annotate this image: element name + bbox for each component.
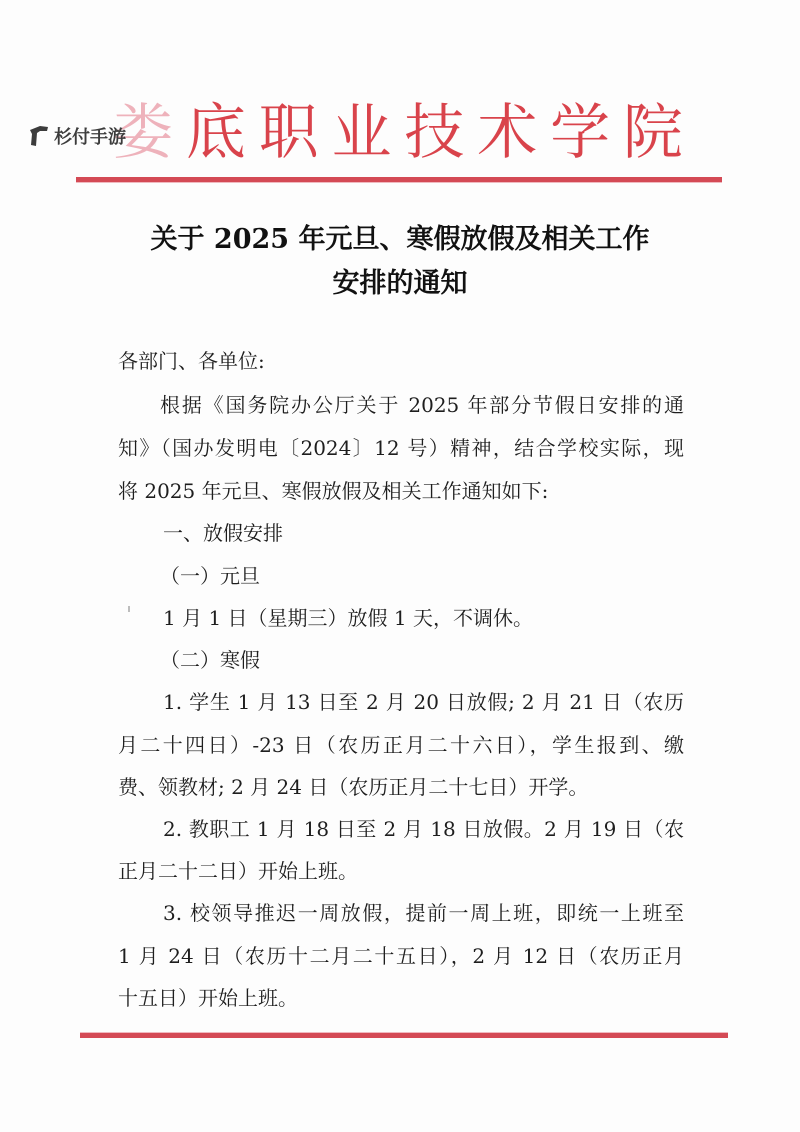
students-item-line-3: 费、领教材; 2 月 24 日（农历正月二十七日）开学。 [118, 773, 588, 801]
letterhead-divider [76, 177, 722, 183]
footer-divider [80, 1032, 728, 1038]
leaders-item-line-3: 十五日）开始上班。 [118, 984, 298, 1012]
letterhead-char: 术 [472, 98, 542, 168]
intro-line-3: 将 2025 年元旦、寒假放假及相关工作通知如下: [118, 477, 548, 505]
staff-item-line-2: 正月二十二日）开始上班。 [118, 857, 358, 885]
letterhead-char: 职 [254, 98, 324, 168]
subsection-heading: （二）寒假 [160, 646, 260, 674]
letterhead-char: 院 [618, 98, 688, 168]
scan-speck [128, 606, 130, 612]
salutation: 各部门、各单位: [118, 347, 265, 375]
document-title: 关于 2025 年元旦、寒假放假及相关工作 安排的通知 [0, 218, 800, 306]
section-heading: 一、放假安排 [163, 519, 283, 547]
institution-letterhead: 娄 底 职 业 技 术 学 院 [108, 98, 688, 168]
document-title-line-1: 关于 2025 年元旦、寒假放假及相关工作 [0, 218, 800, 262]
students-item-line-1: 1. 学生 1 月 13 日至 2 月 20 日放假; 2 月 21 日（农历正 [163, 688, 684, 716]
students-item-line-2: 月二十四日）-23 日（农历正月二十六日），学生报到、缴 [118, 731, 684, 759]
leaders-item-line-2: 1 月 24 日（农历十二月二十五日），2 月 12 日（农历正月 [118, 942, 684, 970]
subsection-heading: （一）元旦 [160, 562, 260, 590]
watermark: 杉付手游 [28, 122, 126, 150]
letterhead-char: 学 [545, 98, 615, 168]
letterhead-char: 底 [181, 98, 251, 168]
letterhead-char: 技 [399, 98, 469, 168]
staff-item-line-1: 2. 教职工 1 月 18 日至 2 月 18 日放假。2 月 19 日（农历 [163, 815, 684, 843]
intro-line-1: 根据《国务院办公厅关于 2025 年部分节假日安排的通 [160, 391, 684, 419]
intro-line-2: 知》（国办发明电〔2024〕12 号）精神，结合学校实际，现 [118, 434, 684, 462]
new-year-holiday-text: 1 月 1 日（星期三）放假 1 天，不调休。 [163, 604, 533, 632]
document-page: 杉付手游 娄 底 职 业 技 术 学 院 关于 2025 年元旦、寒假放假及相关… [0, 0, 800, 1132]
leaders-item-line-1: 3. 校领导推迟一周放假，提前一周上班，即统一上班至 [163, 899, 684, 927]
letterhead-char: 业 [327, 98, 397, 168]
watermark-text: 杉付手游 [54, 123, 126, 149]
document-title-line-2: 安排的通知 [0, 262, 800, 306]
brand-logo-icon [28, 124, 50, 148]
